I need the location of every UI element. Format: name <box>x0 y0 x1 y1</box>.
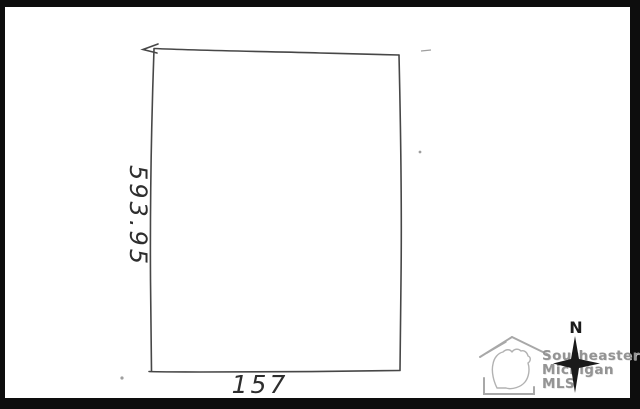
four-point-star <box>553 336 600 393</box>
compass-north-label: N <box>564 318 588 337</box>
scanned-survey-image: 593.95 157 Southeastern Michigan MLS N <box>0 0 640 409</box>
compass-star-icon <box>0 0 640 409</box>
